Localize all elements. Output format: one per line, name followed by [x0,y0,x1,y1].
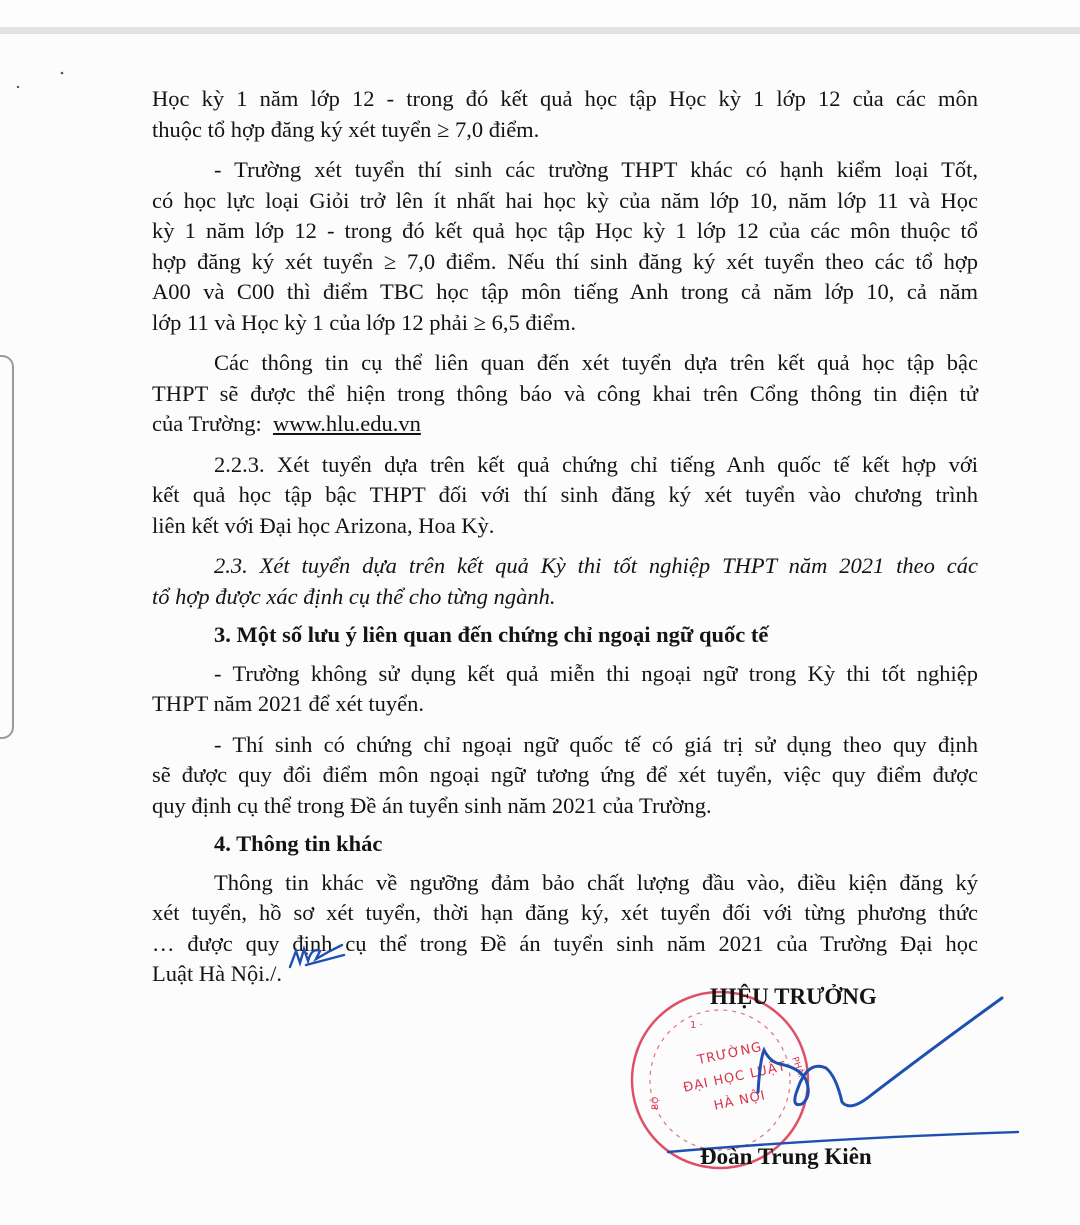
text-line: lớp 11 và Học kỳ 1 của lớp 12 phải ≥ 6,5… [152,308,978,339]
top-divider-bar [0,27,1080,34]
text-line: A00 và C00 thì điểm TBC học tập môn tiến… [152,277,978,308]
document-page: Học kỳ 1 năm lớp 12 - trong đó kết quả h… [152,84,978,990]
website-link[interactable]: www.hlu.edu.vn [273,411,421,436]
text-line: - Thí sinh có chứng chỉ ngoại ngữ quốc t… [152,730,978,761]
paragraph-section-3-1: - Trường không sử dụng kết quả miễn thi … [152,659,978,720]
text-line: liên kết với Đại học Arizona, Hoa Kỳ. [152,511,978,542]
text-line: quy định cụ thể trong Đề án tuyển sinh n… [152,791,978,822]
text-line: THPT sẽ được thể hiện trong thông báo và… [152,379,978,410]
signer-name: Đoàn Trung Kiên [700,1144,872,1170]
paragraph-info-portal: Các thông tin cụ thể liên quan đến xét t… [152,348,978,440]
text-line: - Trường xét tuyển thí sinh các trường T… [152,155,978,186]
link-prefix: của Trường: [152,411,273,436]
text-line: xét tuyển, hồ sơ xét tuyển, thời hạn đăn… [152,898,978,929]
top-strip [0,0,1080,27]
text-line: THPT năm 2021 để xét tuyển. [152,689,978,720]
text-line: Các thông tin cụ thể liên quan đến xét t… [152,348,978,379]
section-4-heading: 4. Thông tin khác [152,829,978,860]
signature-block: 1 · PHÁP BỘ TRƯỜNG ĐẠI HỌC LUẬT HÀ NỘI H… [630,980,1050,1190]
text-line: của Trường: www.hlu.edu.vn [152,409,978,440]
text-line: Thông tin khác về ngưỡng đảm bảo chất lư… [152,868,978,899]
text-line: kết quả học tập bậc THPT đối với thí sin… [152,480,978,511]
paragraph-section-2-2-3: 2.2.3. Xét tuyển dựa trên kết quả chứng … [152,450,978,542]
text-line: - Trường không sử dụng kết quả miễn thi … [152,659,978,690]
paper-specks [15,68,65,88]
text-line: hợp đăng ký xét tuyển ≥ 7,0 điểm. Nếu th… [152,247,978,278]
paragraph-criteria-continued: Học kỳ 1 năm lớp 12 - trong đó kết quả h… [152,84,978,145]
text-line: 2.3. Xét tuyển dựa trên kết quả Kỳ thi t… [152,551,978,582]
side-scroll-handle[interactable] [0,355,14,739]
paragraph-other-schools-criteria: - Trường xét tuyển thí sinh các trường T… [152,155,978,338]
paragraph-section-2-3: 2.3. Xét tuyển dựa trên kết quả Kỳ thi t… [152,551,978,612]
text-line: kỳ 1 năm lớp 12 - trong đó kết quả học t… [152,216,978,247]
text-line: tổ hợp được xác định cụ thể cho từng ngà… [152,582,978,613]
text-line: có học lực loại Giỏi trở lên ít nhất hai… [152,186,978,217]
paragraph-section-3-2: - Thí sinh có chứng chỉ ngoại ngữ quốc t… [152,730,978,822]
paragraph-section-4: Thông tin khác về ngưỡng đảm bảo chất lư… [152,868,978,990]
text-line: sẽ được quy đổi điểm môn ngoại ngữ tương… [152,760,978,791]
text-line: thuộc tổ hợp đăng ký xét tuyển ≥ 7,0 điể… [152,115,978,146]
text-line: Học kỳ 1 năm lớp 12 - trong đó kết quả h… [152,84,978,115]
initials-signature-icon [286,937,346,971]
text-line: 2.2.3. Xét tuyển dựa trên kết quả chứng … [152,450,978,481]
section-3-heading: 3. Một số lưu ý liên quan đến chứng chỉ … [152,620,978,651]
text-line: … được quy định cụ thể trong Đề án tuyển… [152,929,978,960]
